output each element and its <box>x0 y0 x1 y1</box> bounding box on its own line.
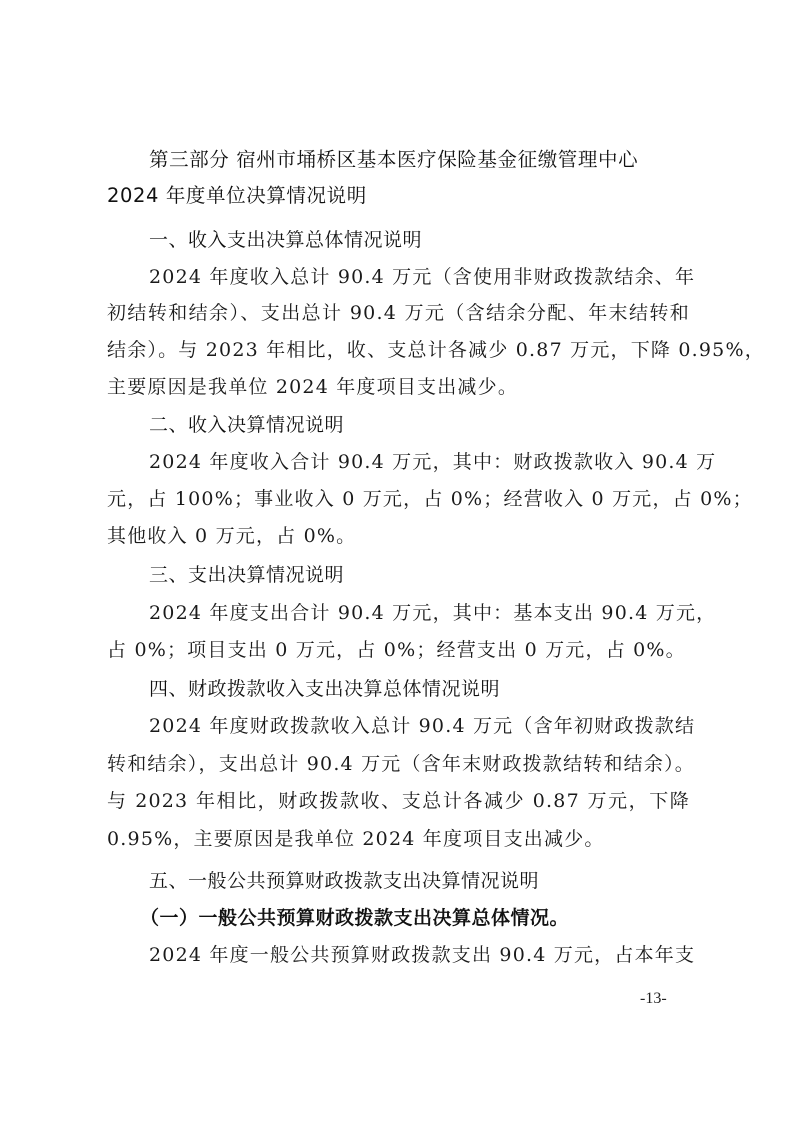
page-number: -13- <box>640 990 700 1008</box>
document-title-line-2: 2024 年度单位决算情况说明 <box>107 184 690 208</box>
document-title-line-1: 第三部分 宿州市埇桥区基本医疗保险基金征缴管理中心 <box>149 148 690 172</box>
section-4-line-4: 0.95%，主要原因是我单位 2024 年度项目支出减少。 <box>107 827 690 851</box>
section-1-line-4: 主要原因是我单位 2024 年度项目支出减少。 <box>107 375 690 399</box>
section-4-line-1: 2024 年度财政拨款收入总计 90.4 万元（含年初财政拨款结 <box>149 714 690 738</box>
section-2-line-3: 其他收入 0 万元，占 0%。 <box>107 524 690 548</box>
section-2-heading: 二、收入决算情况说明 <box>149 413 690 437</box>
section-4-line-3: 与 2023 年相比，财政拨款收、支总计各减少 0.87 万元，下降 <box>107 789 690 813</box>
section-1-heading: 一、收入支出决算总体情况说明 <box>149 228 690 252</box>
section-2-line-1: 2024 年度收入合计 90.4 万元，其中：财政拨款收入 90.4 万 <box>149 450 690 474</box>
section-4-line-2: 转和结余），支出总计 90.4 万元（含年末财政拨款结转和结余）。 <box>107 752 690 776</box>
section-4-heading: 四、财政拨款收入支出决算总体情况说明 <box>149 677 690 701</box>
section-1-line-2: 初结转和结余）、支出总计 90.4 万元（含结余分配、年末结转和 <box>107 301 690 325</box>
section-5-heading: 五、一般公共预算财政拨款支出决算情况说明 <box>149 869 690 893</box>
section-3-heading: 三、支出决算情况说明 <box>149 563 690 587</box>
section-1-line-1: 2024 年度收入总计 90.4 万元（含使用非财政拨款结余、年 <box>149 265 690 289</box>
section-3-line-1: 2024 年度支出合计 90.4 万元，其中：基本支出 90.4 万元， <box>149 601 690 625</box>
section-1-line-3: 结余）。与 2023 年相比，收、支总计各减少 0.87 万元，下降 0.95%… <box>107 338 690 362</box>
document-page: 第三部分 宿州市埇桥区基本医疗保险基金征缴管理中心 2024 年度单位决算情况说… <box>0 0 793 1122</box>
section-5-subheading: （一）一般公共预算财政拨款支出决算总体情况。 <box>140 906 681 930</box>
section-3-line-2: 占 0%；项目支出 0 万元，占 0%；经营支出 0 万元，占 0%。 <box>107 638 690 662</box>
section-5-line-1: 2024 年度一般公共预算财政拨款支出 90.4 万元，占本年支 <box>149 943 690 967</box>
section-2-line-2: 元，占 100%；事业收入 0 万元，占 0%；经营收入 0 万元，占 0%； <box>107 487 690 511</box>
